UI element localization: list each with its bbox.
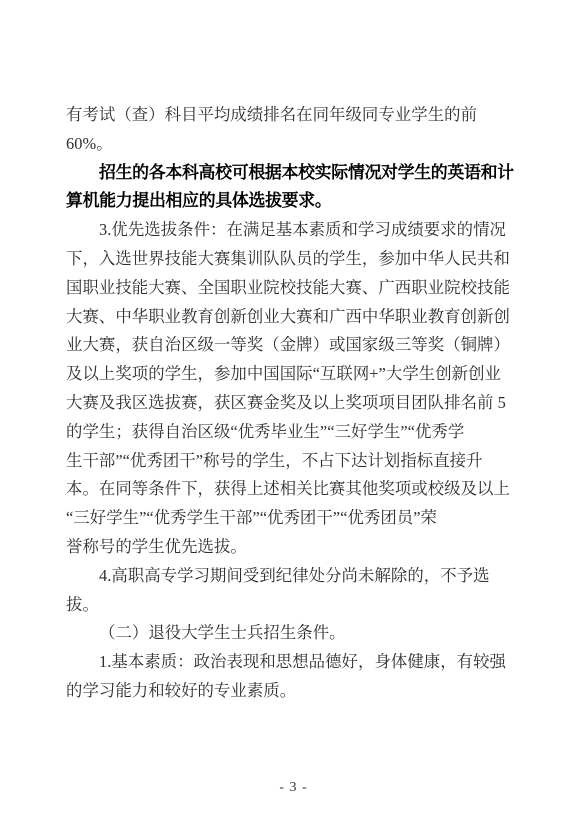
text-line: 3.优先选拔条件：在满足基本素质和学习成绩要求的情况 <box>66 216 513 245</box>
document-body: 有考试（查）科目平均成绩排名在同年级同专业学生的前60%。招生的各本科高校可根据… <box>66 101 513 706</box>
text-line: 60%。 <box>66 130 513 159</box>
text-line: （二）退役大学生士兵招生条件。 <box>66 619 513 648</box>
text-line: 招生的各本科高校可根据本校实际情况对学生的英语和计 <box>66 159 513 188</box>
text-line: 算机能力提出相应的具体选拔要求。 <box>66 187 513 216</box>
text-line: 本。在同等条件下，获得上述相关比赛其他奖项或校级及以上 <box>66 475 513 504</box>
text-line: “三好学生”“优秀学生干部”“优秀团干”“优秀团员”荣 <box>66 504 513 533</box>
text-line: 4.高职高专学习期间受到纪律处分尚未解除的，不予选 <box>66 562 513 591</box>
text-line: 国职业技能大赛、全国职业院校技能大赛、广西职业院校技能 <box>66 274 513 303</box>
text-line: 拔。 <box>66 591 513 620</box>
text-line: 的学生；获得自治区级“优秀毕业生”“三好学生”“优秀学 <box>66 418 513 447</box>
text-line: 及以上奖项的学生，参加中国国际“互联网+”大学生创新创业 <box>66 360 513 389</box>
text-line: 1.基本素质：政治表现和思想品德好，身体健康，有较强 <box>66 648 513 677</box>
text-line: 下，入选世界技能大赛集训队队员的学生，参加中华人民共和 <box>66 245 513 274</box>
document-page: 有考试（查）科目平均成绩排名在同年级同专业学生的前60%。招生的各本科高校可根据… <box>0 0 587 834</box>
text-line: 大赛、中华职业教育创新创业大赛和广西中华职业教育创新创 <box>66 303 513 332</box>
page-number: - 3 - <box>0 780 587 796</box>
text-line: 的学习能力和较好的专业素质。 <box>66 677 513 706</box>
text-line: 誉称号的学生优先选拔。 <box>66 533 513 562</box>
text-line: 业大赛，获自治区级一等奖（金牌）或国家级三等奖（铜牌） <box>66 331 513 360</box>
text-line: 有考试（查）科目平均成绩排名在同年级同专业学生的前 <box>66 101 513 130</box>
text-line: 大赛及我区选拔赛，获区赛金奖及以上奖项项目团队排名前 5 <box>66 389 513 418</box>
text-line: 生干部”“优秀团干”称号的学生，不占下达计划指标直接升 <box>66 447 513 476</box>
